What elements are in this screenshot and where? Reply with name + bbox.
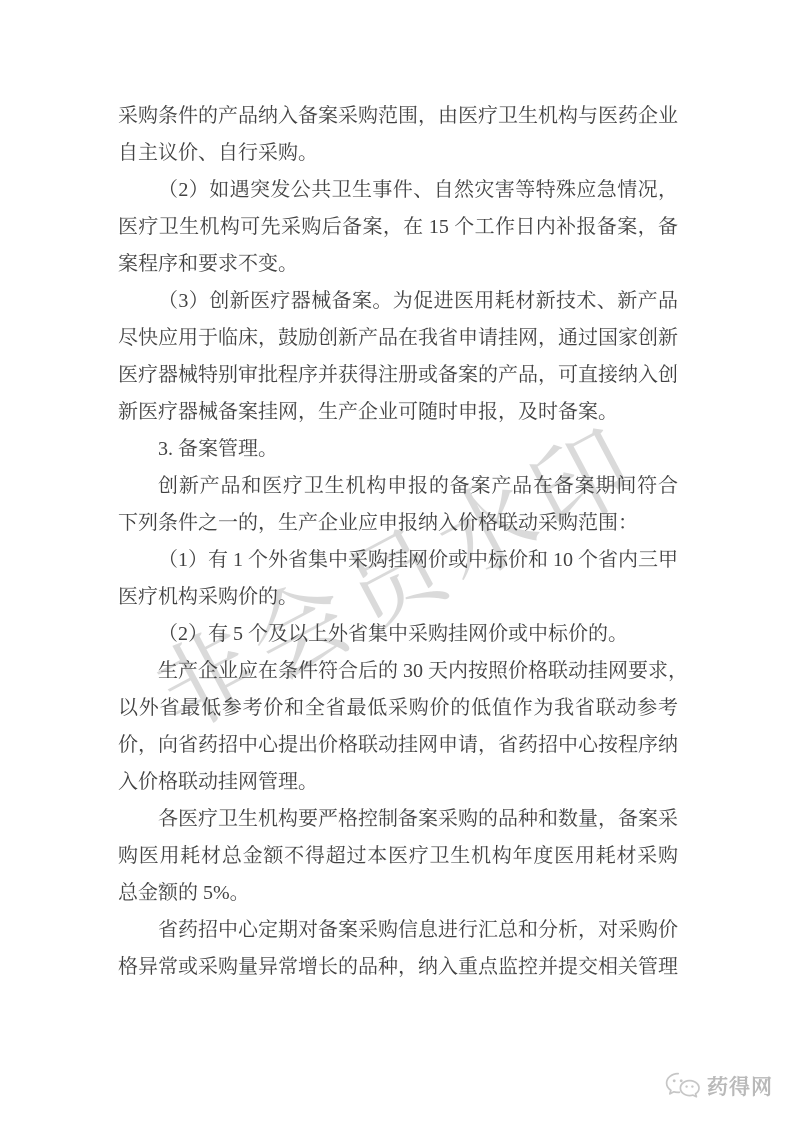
text-line: 尽快应用于临床，鼓励创新产品在我省申请挂网，通过国家创新 [118,320,678,357]
footer-brand: 药得网 [665,1071,773,1101]
text-line: 价，向省药招中心提出价格联动挂网申请，省药招中心按程序纳 [118,727,678,764]
text-line: （1）有 1 个外省集中采购挂网价或中标价和 10 个省内三甲 [118,542,678,579]
document-page: 非会员水印 采购条件的产品纳入备案采购范围，由医疗卫生机构与医药企业自主议价、自… [0,0,793,1122]
text-line: 入价格联动挂网管理。 [118,764,678,801]
text-line: 创新产品和医疗卫生机构申报的备案产品在备案期间符合 [118,468,678,505]
text-line: （2）有 5 个及以上外省集中采购挂网价或中标价的。 [118,616,678,653]
text-line: 生产企业应在条件符合后的 30 天内按照价格联动挂网要求， [118,653,678,690]
text-line: 总金额的 5%。 [118,875,678,912]
text-line: 购医用耗材总金额不得超过本医疗卫生机构年度医用耗材采购 [118,838,678,875]
text-line: 3. 备案管理。 [118,431,678,468]
text-line: 采购条件的产品纳入备案采购范围，由医疗卫生机构与医药企业 [118,98,678,135]
text-line: 各医疗卫生机构要严格控制备案采购的品种和数量，备案采 [118,801,678,838]
text-line: 格异常或采购量异常增长的品种，纳入重点监控并提交相关管理 [118,949,678,986]
chat-bubbles-icon [665,1072,700,1101]
text-line: 医疗机构采购价的。 [118,579,678,616]
footer-brand-name: 药得网 [707,1071,773,1101]
text-line: 医疗器械特别审批程序并获得注册或备案的产品，可直接纳入创 [118,357,678,394]
document-body: 采购条件的产品纳入备案采购范围，由医疗卫生机构与医药企业自主议价、自行采购。（2… [118,98,678,986]
text-line: （2）如遇突发公共卫生事件、自然灾害等特殊应急情况， [118,172,678,209]
text-line: 案程序和要求不变。 [118,246,678,283]
text-line: 新医疗器械备案挂网，生产企业可随时申报，及时备案。 [118,394,678,431]
text-line: 以外省最低参考价和全省最低采购价的低值作为我省联动参考 [118,690,678,727]
text-line: 下列条件之一的，生产企业应申报纳入价格联动采购范围： [118,505,678,542]
text-line: （3）创新医疗器械备案。为促进医用耗材新技术、新产品 [118,283,678,320]
text-line: 医疗卫生机构可先采购后备案，在 15 个工作日内补报备案，备 [118,209,678,246]
text-line: 自主议价、自行采购。 [118,135,678,172]
text-line: 省药招中心定期对备案采购信息进行汇总和分析，对采购价 [118,912,678,949]
